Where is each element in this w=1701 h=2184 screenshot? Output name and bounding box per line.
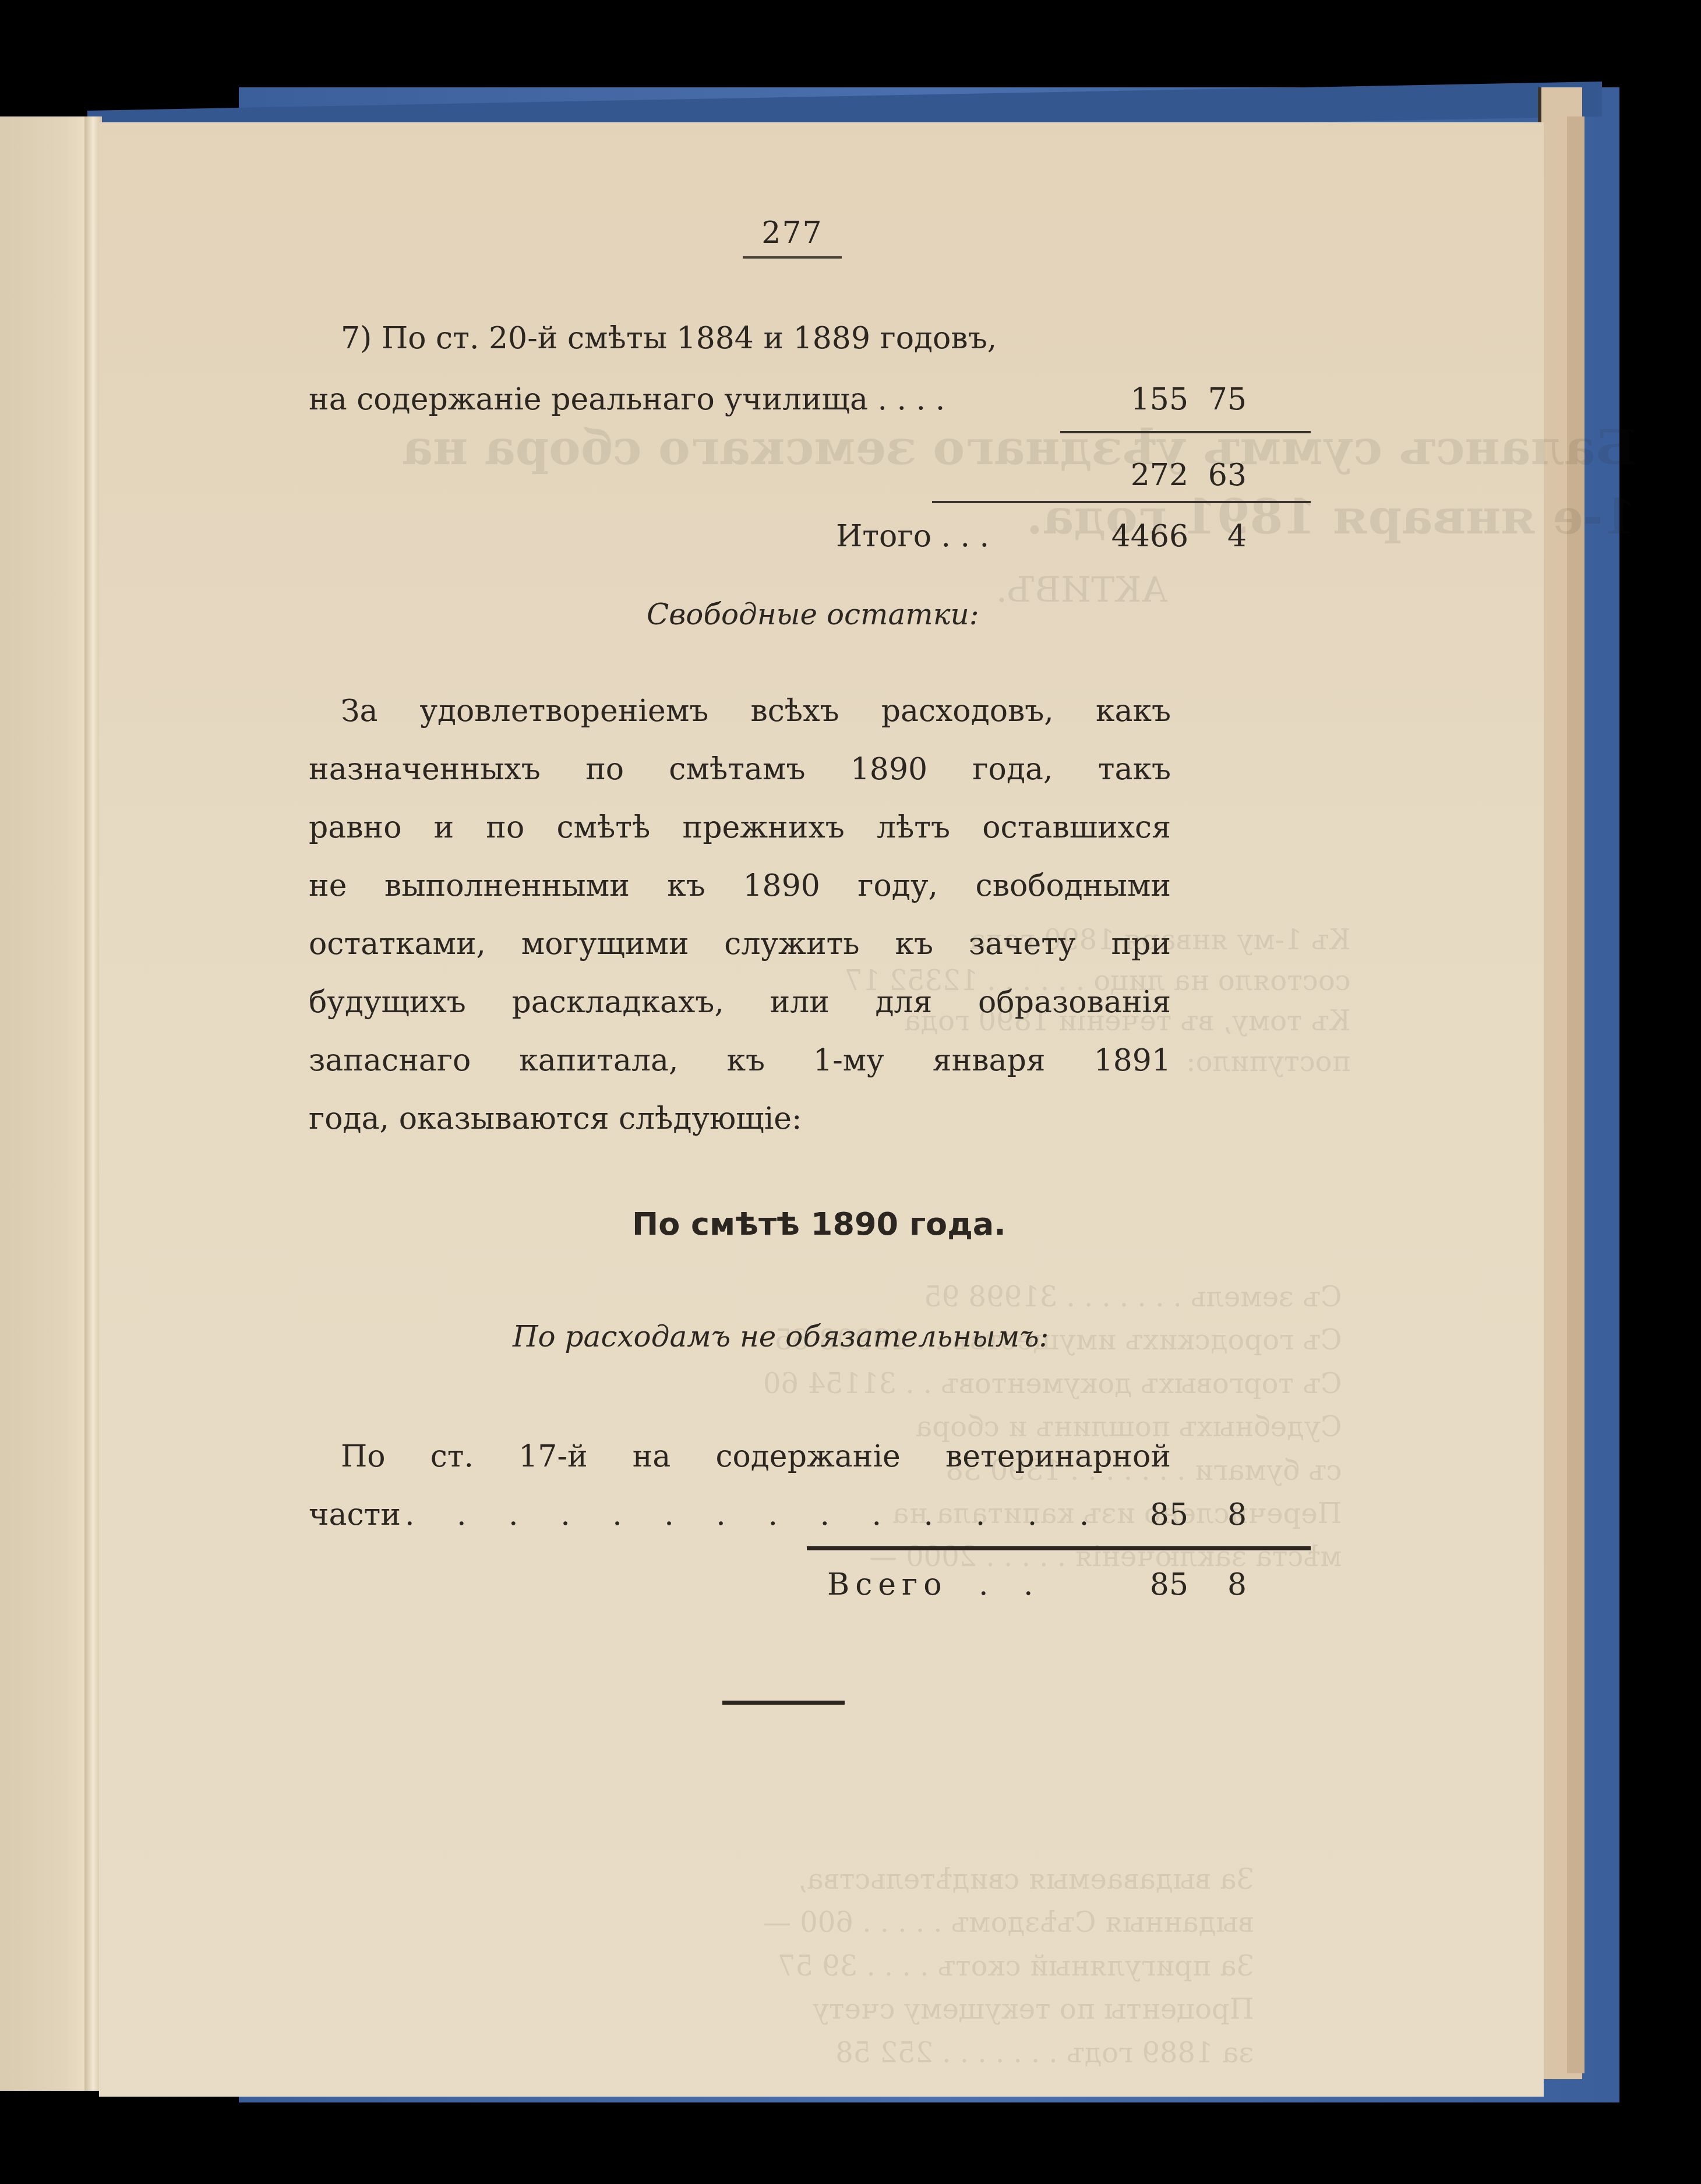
vet-item-leader-dots: . . . . . . . . . . . . . . — [405, 1500, 1105, 1530]
subtotal-kop: 63 — [1200, 460, 1247, 490]
paragraph-line-2: назначенныхъ по смѣтамъ 1890 года, такъ — [309, 754, 1171, 784]
page-number-rule — [743, 256, 842, 259]
vet-item-rub: 85 — [1101, 1500, 1188, 1530]
subtotal-rule — [1060, 431, 1311, 433]
end-rule — [722, 1701, 845, 1705]
free-balances-heading: Свободные остатки: — [647, 600, 979, 629]
page-stack-edge-inner — [1567, 116, 1584, 2073]
total-label: Итого . . . — [836, 521, 989, 552]
grand-total-label: Всего — [827, 1570, 948, 1600]
total-rule — [932, 501, 1311, 503]
vet-item-line1: По ст. 17-й на содержаніе ветеринарной — [341, 1441, 1171, 1472]
item7-line1: 7) По ст. 20-й смѣты 1884 и 1889 годовъ, — [341, 323, 997, 354]
page-number: 277 — [743, 215, 842, 250]
grand-total-rule — [807, 1546, 1311, 1550]
item7-line2: на содержаніе реальнаго училища . . . . — [309, 384, 945, 415]
total-rub: 4466 — [1089, 521, 1188, 552]
item7-amount-rub: 155 — [1101, 384, 1188, 415]
bleed-through-block-3: За выдаваемыя свидѣтельства, выданныя Съ… — [763, 1858, 1254, 2075]
grand-total-kop: 8 — [1200, 1570, 1247, 1600]
nonmandatory-heading: По расходамъ не обязательнымъ: — [513, 1322, 1049, 1351]
paragraph-line-3: равно и по смѣтѣ прежнихъ лѣтъ оставшихс… — [309, 812, 1171, 843]
vet-item-kop: 8 — [1200, 1500, 1247, 1530]
paragraph-line-8: года, оказываются слѣдующіе: — [309, 1104, 802, 1134]
grand-total-dots: . . — [979, 1570, 1046, 1600]
subtotal-rub: 272 — [1101, 460, 1188, 490]
total-kop: 4 — [1200, 521, 1247, 552]
book-page: Балансъ суммъ уѣзднаго земскаго сбора на… — [99, 122, 1544, 2097]
paragraph-line-5: остатками, могущими служить къ зачету пр… — [309, 929, 1171, 959]
grand-total-rub: 85 — [1101, 1570, 1188, 1600]
item7-amount-kop: 75 — [1200, 384, 1247, 415]
facing-page-left — [0, 116, 93, 2091]
paragraph-line-7: запаснаго капитала, къ 1-му января 1891 — [309, 1045, 1171, 1076]
vet-item-label: части — [309, 1500, 401, 1530]
bleed-through-title: Балансъ суммъ уѣзднаго земскаго сбора на… — [402, 414, 1636, 552]
paragraph-line-4: не выполненными къ 1890 году, свободными — [309, 871, 1171, 901]
paragraph-line-1: За удовлетвореніемъ всѣхъ расходовъ, как… — [341, 696, 1171, 726]
paragraph-line-6: будущихъ раскладкахъ, или для образовані… — [309, 987, 1171, 1017]
bleed-through-aktiv: АКТИВЪ. — [996, 565, 1168, 616]
budget-heading: По смѣтѣ 1890 года. — [632, 1208, 1006, 1240]
